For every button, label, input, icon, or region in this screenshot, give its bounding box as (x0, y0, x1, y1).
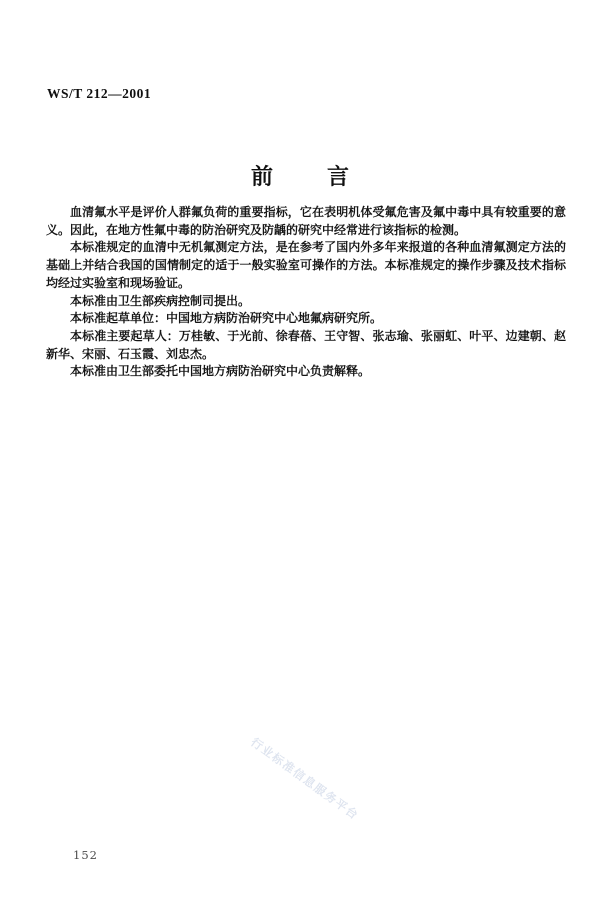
standard-code: WS/T 212—2001 (47, 86, 151, 102)
watermark-text: 行业标准信息服务平台 (248, 734, 363, 823)
paragraph-drafters: 本标准主要起草人：万桂敏、于光前、徐春蓓、王守智、张志瑜、张丽虹、叶平、边建朝、… (46, 328, 566, 363)
paragraph-intro: 血清氟水平是评价人群氟负荷的重要指标，它在表明机体受氟危害及氟中毒中具有较重要的… (46, 204, 566, 239)
document-page: WS/T 212—2001 前 言 血清氟水平是评价人群氟负荷的重要指标，它在表… (0, 0, 600, 898)
paragraph-interpretation: 本标准由卫生部委托中国地方病防治研究中心负责解释。 (46, 363, 566, 381)
foreword-body: 血清氟水平是评价人群氟负荷的重要指标，它在表明机体受氟危害及氟中毒中具有较重要的… (46, 204, 566, 381)
page-title: 前 言 (0, 160, 600, 191)
paragraph-proposer: 本标准由卫生部疾病控制司提出。 (46, 293, 566, 311)
title-char-first: 前 (251, 160, 273, 191)
page-number: 152 (73, 848, 98, 862)
title-char-second: 言 (327, 160, 349, 191)
paragraph-scope: 本标准规定的血清中无机氟测定方法，是在参考了国内外多年来报道的各种血清氟测定方法… (46, 239, 566, 292)
paragraph-drafting-unit: 本标准起草单位：中国地方病防治研究中心地氟病研究所。 (46, 310, 566, 328)
